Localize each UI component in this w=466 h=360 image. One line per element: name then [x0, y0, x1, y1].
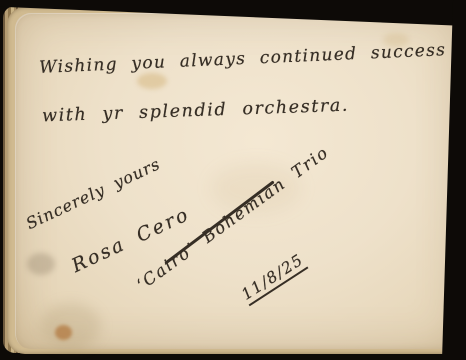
paper-stain	[41, 303, 101, 349]
album-page: Wishing you always continued success wit…	[15, 13, 458, 349]
inscription-line-1: Wishing you always continued success	[39, 40, 447, 78]
paper-stain	[137, 73, 167, 89]
inscription-line-2: with yr splendid orchestra.	[42, 96, 350, 127]
paper-stain	[27, 253, 55, 275]
date: 11/8/25	[238, 250, 308, 306]
album-photo: Wishing you always continued success wit…	[0, 0, 466, 360]
